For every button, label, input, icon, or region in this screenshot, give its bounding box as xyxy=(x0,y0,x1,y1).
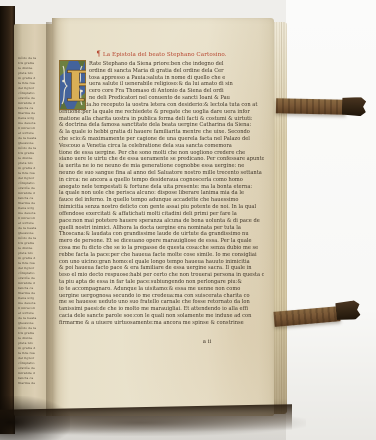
clasp-tip-top xyxy=(342,97,366,117)
text-line: offendose exercitati & affatichati molti… xyxy=(59,211,264,218)
illuminated-initial-icon: F xyxy=(59,60,86,110)
text-line: Thoscana:& laudata con grandissime laude… xyxy=(59,231,264,238)
text-line: teso el mio decto respuose:habi per cert… xyxy=(59,272,264,279)
text-line: anegato nele tempestati & fortune dela u… xyxy=(59,184,264,191)
text-line: mero de persone. Et se diceuano opere ma… xyxy=(59,238,264,245)
text-line: tanissimi paesi:de che io molto me marau… xyxy=(59,306,264,313)
book-spine xyxy=(0,6,15,434)
text-line: tentione:per la quale me rechiedete & pr… xyxy=(59,109,264,116)
text-line: in circa: ne ancora a quello tempo desid… xyxy=(59,177,264,184)
text-line: con uno uicino:gran homo:el quale longo … xyxy=(59,259,264,266)
text-line: fauce del inferno. In quello tempo adunq… xyxy=(59,197,264,204)
rubric-heading: ¶La Epistola del beato Stephano Cartosin… xyxy=(59,50,264,61)
text-line: & la quale io hebbi gratia di hauere fam… xyxy=(59,129,264,136)
right-page: ¶La Epistola del beato Stephano Cartosin… xyxy=(52,18,274,416)
text-line: Rate Stephano da Siena priore:ben che in… xyxy=(89,61,264,68)
text-line: ne deli Predicatori nel conuento de sanc… xyxy=(89,95,264,102)
text-line: matione alla charita uostra in publica f… xyxy=(59,116,264,123)
text-line: cosa me fu dicto che se io la pregasse d… xyxy=(59,245,264,252)
text-line: pace:non mai potetero hauere speranza al… xyxy=(59,218,264,225)
photo-background-right xyxy=(286,0,376,440)
text-line: cero core Fra Thomaso di Antonio da Sien… xyxy=(89,88,264,95)
text-line: Vescouo a Venetia circa la celebratione … xyxy=(59,143,264,150)
rubric-heading-text: La Epistola del beato Stephano Cartosino… xyxy=(103,52,227,58)
signature-mark: a ii xyxy=(185,339,229,345)
text-line: rebbe facta la pace:per che haueua facte… xyxy=(59,252,264,259)
text-line: me se hauesse ueduto uno suo fratello ca… xyxy=(59,299,264,306)
text-line: & doctrina dela famosa sanctitate dela b… xyxy=(59,122,264,129)
fore-edge-pages xyxy=(274,22,287,414)
rubric-pilcrow-icon: ¶ xyxy=(96,50,101,58)
text-line: uera salute il uenerabile religioso:& da… xyxy=(89,81,264,88)
text-line: la uerita ne io ne neuno de mia generati… xyxy=(59,163,264,170)
left-page-text: mõdo de laſcā gratiale diuinepfeta nroin… xyxy=(18,56,49,392)
text-line: & poi haueua facto pace & era familiare … xyxy=(59,265,264,272)
drop-cap-letter: F xyxy=(66,62,87,110)
text-line: cacia dele sancte parole soe:con le qual… xyxy=(59,313,264,320)
text-line: ordine di sancta Maria di gratia del ord… xyxy=(89,68,264,75)
text-line: tosa appresso a Pauia:saluta in nome di … xyxy=(89,75,264,82)
text-line: quelli nostri inimici. Allhora la docta … xyxy=(59,225,264,232)
text-line: firmarme & a uiuere uirtuosamente:ma anc… xyxy=(59,320,264,327)
text-line: inimicitia senza nostro delicto con gent… xyxy=(59,204,264,211)
clasp-tip-bottom xyxy=(335,300,361,321)
text-line: ta piu apta de essa in far tale pace:sub… xyxy=(59,279,264,286)
lower-board-corner xyxy=(0,396,70,440)
leather-strap-top xyxy=(276,98,346,115)
text-line: uergine uergognosa secundo io me credeua… xyxy=(59,293,264,300)
text-lines: F Rate Stephano da Siena priore:ben che … xyxy=(59,61,264,327)
text-line: neuno de suo sangue fina al anno del Sal… xyxy=(59,170,264,177)
text-line: lo in Venetia.ho receputo la uostra lete… xyxy=(59,102,264,109)
text-line: che scio:& maximamente per cagione de un… xyxy=(59,136,264,143)
text-line: siano uere le uirtu che de essa uerament… xyxy=(59,156,264,163)
text-line: tione de essa uergine. Per che sono molt… xyxy=(59,150,264,157)
text-block: ¶La Epistola del beato Stephano Cartosin… xyxy=(59,50,264,327)
text-line: io te accompagnaro. Adunque la uisitamo:… xyxy=(59,286,264,293)
text-line: tharina de xyxy=(18,381,49,386)
text-line: la quale non uole che perisca alcuno: di… xyxy=(59,190,264,197)
